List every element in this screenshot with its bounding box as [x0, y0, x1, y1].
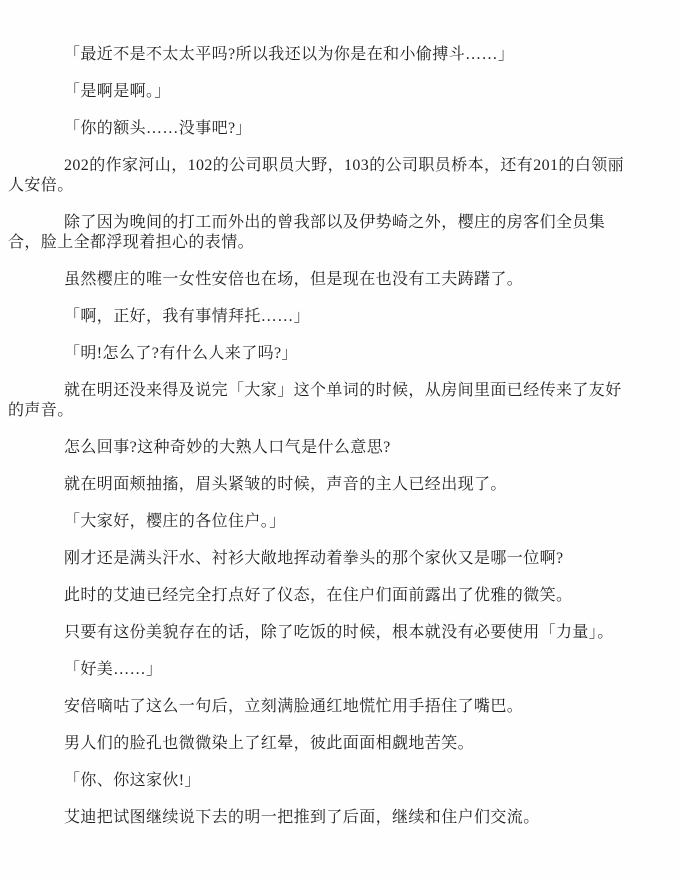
paragraph: 「是啊是啊。」: [8, 82, 666, 102]
text-line: 就在明面颊抽搐，眉头紧皱的时候，声音的主人已经出现了。: [8, 475, 666, 495]
text-line: 202的作家河山，102的公司职员大野，103的公司职员桥本，还有201的白领丽: [8, 156, 666, 176]
paragraph: 刚才还是满头汗水、衬衫大敞地挥动着拳头的那个家伙又是哪一位啊?: [8, 549, 666, 569]
novel-page: 「最近不是不太太平吗?所以我还以为你是在和小偷搏斗……」「是啊是啊。」「你的额头…: [0, 0, 680, 880]
paragraph: 「啊，正好，我有事情拜托……」: [8, 307, 666, 327]
text-line: 此时的艾迪已经完全打点好了仪态，在住户们面前露出了优雅的微笑。: [8, 586, 666, 606]
paragraph: 男人们的脸孔也微微染上了红晕，彼此面面相觑地苦笑。: [8, 734, 666, 754]
text-line: 「啊，正好，我有事情拜托……」: [8, 307, 666, 327]
text-line: 刚才还是满头汗水、衬衫大敞地挥动着拳头的那个家伙又是哪一位啊?: [8, 549, 666, 569]
paragraph: 艾迪把试图继续说下去的明一把推到了后面，继续和住户们交流。: [8, 808, 666, 828]
text-line: 艾迪把试图继续说下去的明一把推到了后面，继续和住户们交流。: [8, 808, 666, 828]
text-line: 「你、你这家伙!」: [8, 771, 666, 791]
text-line: 人安倍。: [8, 176, 666, 196]
text-line: 虽然樱庄的唯一女性安倍也在场，但是现在也没有工夫踌躇了。: [8, 270, 666, 290]
paragraph: 202的作家河山，102的公司职员大野，103的公司职员桥本，还有201的白领丽…: [8, 156, 666, 196]
paragraph: 此时的艾迪已经完全打点好了仪态，在住户们面前露出了优雅的微笑。: [8, 586, 666, 606]
text-line: 安倍嘀咕了这么一句后，立刻满脸通红地慌忙用手捂住了嘴巴。: [8, 697, 666, 717]
paragraph: 只要有这份美貌存在的话，除了吃饭的时候，根本就没有必要使用「力量」。: [8, 623, 666, 643]
text-line: 只要有这份美貌存在的话，除了吃饭的时候，根本就没有必要使用「力量」。: [8, 623, 666, 643]
text-line: 就在明还没来得及说完「大家」这个单词的时候，从房间里面已经传来了友好: [8, 381, 666, 401]
paragraph: 「你的额头……没事吧?」: [8, 119, 666, 139]
paragraph: 怎么回事?这种奇妙的大熟人口气是什么意思?: [8, 438, 666, 458]
text-body: 「最近不是不太太平吗?所以我还以为你是在和小偷搏斗……」「是啊是啊。」「你的额头…: [0, 0, 680, 828]
paragraph: 「最近不是不太太平吗?所以我还以为你是在和小偷搏斗……」: [8, 45, 666, 65]
paragraph: 就在明还没来得及说完「大家」这个单词的时候，从房间里面已经传来了友好的声音。: [8, 381, 666, 421]
text-line: 合，脸上全都浮现着担心的表情。: [8, 233, 666, 253]
paragraph: 「好美……」: [8, 660, 666, 680]
paragraph: 「你、你这家伙!」: [8, 771, 666, 791]
paragraph: 安倍嘀咕了这么一句后，立刻满脸通红地慌忙用手捂住了嘴巴。: [8, 697, 666, 717]
text-line: 除了因为晚间的打工而外出的曾我部以及伊势崎之外，樱庄的房客们全员集: [8, 213, 666, 233]
paragraph: 除了因为晚间的打工而外出的曾我部以及伊势崎之外，樱庄的房客们全员集合，脸上全都浮…: [8, 213, 666, 253]
text-line: 「明!怎么了?有什么人来了吗?」: [8, 344, 666, 364]
text-line: 「最近不是不太太平吗?所以我还以为你是在和小偷搏斗……」: [8, 45, 666, 65]
text-line: 男人们的脸孔也微微染上了红晕，彼此面面相觑地苦笑。: [8, 734, 666, 754]
paragraph: 就在明面颊抽搐，眉头紧皱的时候，声音的主人已经出现了。: [8, 475, 666, 495]
text-line: 怎么回事?这种奇妙的大熟人口气是什么意思?: [8, 438, 666, 458]
text-line: 的声音。: [8, 401, 666, 421]
paragraph: 虽然樱庄的唯一女性安倍也在场，但是现在也没有工夫踌躇了。: [8, 270, 666, 290]
text-line: 「大家好，樱庄的各位住户。」: [8, 512, 666, 532]
text-line: 「是啊是啊。」: [8, 82, 666, 102]
paragraph: 「大家好，樱庄的各位住户。」: [8, 512, 666, 532]
text-line: 「好美……」: [8, 660, 666, 680]
text-line: 「你的额头……没事吧?」: [8, 119, 666, 139]
paragraph: 「明!怎么了?有什么人来了吗?」: [8, 344, 666, 364]
